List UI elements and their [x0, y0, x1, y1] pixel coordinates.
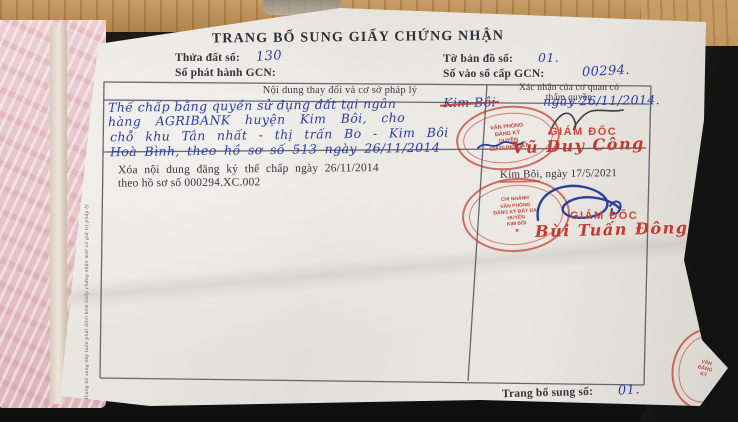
stamp2-line: VĂN PHÒNG [500, 201, 531, 209]
stamp2-line: KIM BÔI [507, 221, 527, 229]
corner-stamp-line: ĐĂNG [697, 364, 713, 374]
entry2-line-2: theo hồ sơ số 000294.XC.002 [118, 176, 261, 189]
corner-stamp-line: VĂN [701, 359, 713, 368]
column-header-confirm-1: Xác nhận của cơ quan có [490, 83, 648, 93]
photo-canvas: { "colors": { "ink_blue": "#2c3ca8", "st… [0, 0, 738, 422]
gcn-book-value: 00294. [582, 63, 631, 80]
supplement-page-label: Trang bổ sung số: [502, 386, 593, 400]
stamp2-line: CHI NHÁNH [501, 195, 529, 203]
book-page-edge [50, 26, 67, 404]
stamp2-star: ★ [515, 227, 520, 234]
gcn-book-label: Số vào sổ cấp GCN: [443, 68, 544, 80]
map-sheet-label: Tờ bản đồ số: [443, 53, 513, 65]
map-sheet-value: 01. [538, 50, 559, 65]
corner-stamp-line: KÝ [699, 371, 707, 379]
supplement-page-value: 01. [618, 382, 641, 398]
parcel-number-label: Thửa đất số: [175, 52, 240, 64]
stamp2-line: HUYỆN [507, 214, 525, 221]
parcel-number-value: 130 [256, 48, 283, 65]
margin-legal-note: Trang bổ sung này luôn phải đính kèm Giấ… [84, 200, 90, 400]
approver-name-2: Bùi Tuấn Đông [535, 218, 689, 241]
document-page: TRANG BỔ SUNG GIẤY CHỨNG NHẬN Thửa đất s… [0, 0, 738, 422]
gcn-issue-label: Số phát hành GCN: [175, 67, 276, 79]
stamp1-line: VĂN PHÒNG [490, 123, 524, 133]
handwritten-line-1-struck: Kim Bôi [443, 94, 496, 110]
date-rest: , ngày 17/5/2021 [540, 167, 618, 180]
